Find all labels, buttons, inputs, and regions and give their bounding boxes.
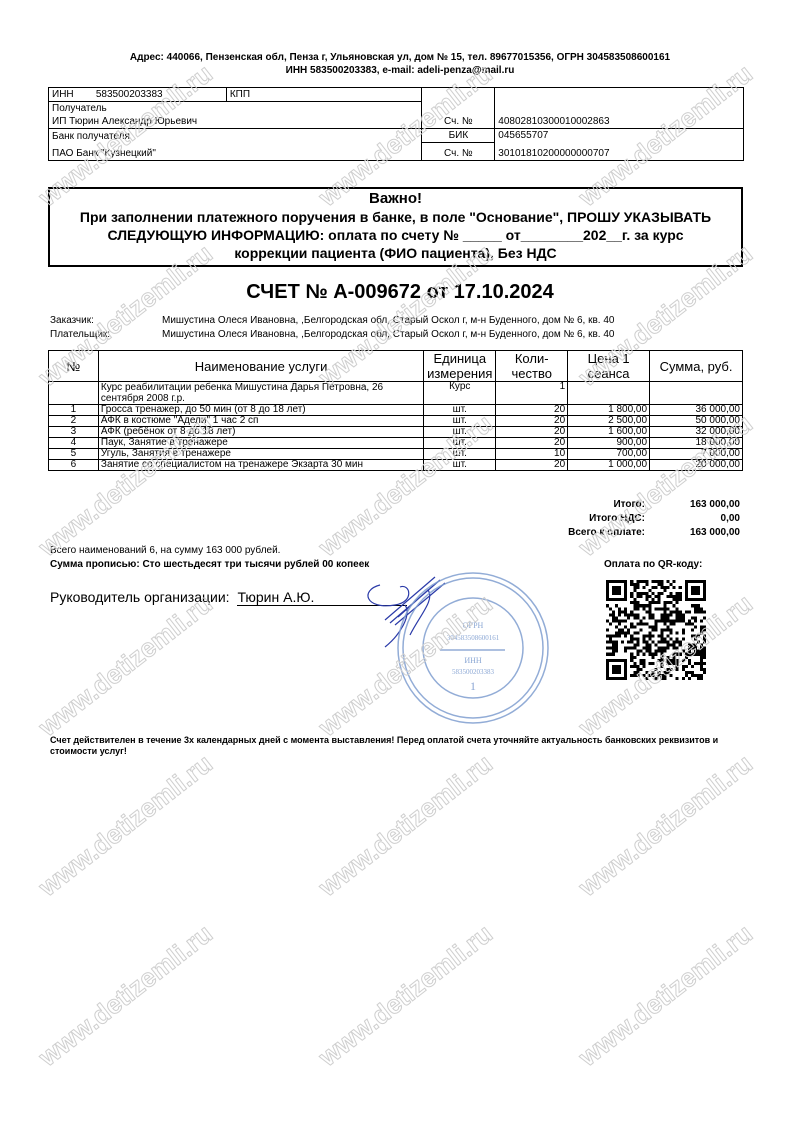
customer-label: Заказчик: [50, 315, 160, 326]
total-label: Итого: [613, 499, 645, 510]
col-name: Наименование услуги [98, 351, 423, 382]
account-label-cell: Сч. № [422, 88, 495, 129]
important-line-1: При заполнении платежного поручения в ба… [50, 208, 741, 226]
bank-details-table: ИНН 583500203383 КПП Сч. № 4080281030001… [48, 87, 744, 161]
cell-price: 700,00 [568, 449, 650, 460]
cell-sum: 50 000,00 [650, 416, 743, 427]
cell-price: 2 500,00 [568, 416, 650, 427]
signature-name: Тюрин А.Ю. [237, 589, 314, 605]
important-title: Важно! [50, 190, 741, 208]
bank-value: ПАО Банк "Кузнецкий" [49, 143, 422, 161]
vat-value: 0,00 [721, 513, 740, 524]
cell-name: Паук, Занятие в тренажере [98, 438, 423, 449]
course-name: Курс реабилитации ребенка Мишустина Дарь… [98, 382, 423, 405]
cell-sum: 18 000,00 [650, 438, 743, 449]
watermark-text: www.detizemli.ru [313, 748, 499, 903]
account-value-cell: 40802810300010002863 [495, 88, 744, 129]
inn-label: ИНН [52, 89, 74, 100]
cell-qty: 20 [496, 405, 568, 416]
watermark-text: www.detizemli.ru [573, 918, 759, 1073]
items-count-summary: Всего наименований 6, на сумму 163 000 р… [50, 545, 280, 556]
cell-qty: 20 [496, 416, 568, 427]
company-inn-email: ИНН 583500203383, e-mail: adeli-penza@ma… [0, 64, 800, 77]
cell-price: 900,00 [568, 438, 650, 449]
bik-label: БИК [422, 129, 495, 143]
stamp-inn-label: ИНН [464, 656, 482, 665]
important-line-3: коррекции пациента (ФИО пациента), Без Н… [50, 244, 741, 262]
total-value: 163 000,00 [690, 499, 740, 510]
cell-unit: шт. [424, 460, 496, 471]
customer-value: Мишустина Олеся Ивановна, ,Белгородская … [162, 315, 615, 326]
table-row: 4Паук, Занятие в тренажерешт.20900,0018 … [49, 438, 743, 449]
watermark-text: www.detizemli.ru [33, 588, 219, 743]
qr-label: Оплата по QR-коду: [604, 559, 702, 570]
cell-unit: шт. [424, 427, 496, 438]
cell-qty: 10 [496, 449, 568, 460]
cell-num: 4 [49, 438, 99, 449]
stamp-inn-value: 583500203383 [452, 668, 495, 676]
watermark-text: www.detizemli.ru [573, 748, 759, 903]
cell-sum: 32 000,00 [650, 427, 743, 438]
cell-num: 5 [49, 449, 99, 460]
cell-name: Угуль, Занятия в тренажере [98, 449, 423, 460]
cell-sum: 20 000,00 [650, 460, 743, 471]
important-line-2: СЛЕДУЮЩУЮ ИНФОРМАЦИЮ: оплата по счету № … [50, 226, 741, 244]
cell-num: 1 [49, 405, 99, 416]
cell-name: АФК (ребёнок от 8 до 18 лет) [98, 427, 423, 438]
company-stamp: ОГРН 304583508600161 ИНН 583500203383 1 [385, 568, 560, 728]
cell-price: 1 000,00 [568, 460, 650, 471]
due-value: 163 000,00 [690, 527, 740, 538]
cell-num: 2 [49, 416, 99, 427]
amount-in-words: Сумма прописью: Сто шестьдесят три тысяч… [50, 559, 369, 570]
cell-qty: 20 [496, 460, 568, 471]
watermark-text: www.detizemli.ru [33, 748, 219, 903]
stamp-ogrn-label: ОГРН [463, 621, 484, 630]
table-row: 6Занятие со специалистом на тренажере Эк… [49, 460, 743, 471]
col-price: Цена 1 сеанса [568, 351, 650, 382]
payer-value: Мишустина Олеся Ивановна, ,Белгородская … [162, 329, 615, 340]
cell-unit: шт. [424, 449, 496, 460]
due-label: Всего к оплате: [568, 527, 645, 538]
cell-unit: шт. [424, 416, 496, 427]
inn-value: 583500203383 [96, 89, 163, 100]
watermark-text: www.detizemli.ru [33, 918, 219, 1073]
table-row: 2АФК в костюме "Адели" 1 час 2 спшт.202 … [49, 416, 743, 427]
totals-block: Итого:163 000,00 Итого НДС:0,00 Всего к … [520, 499, 740, 541]
cell-name: Занятие со специалистом на тренажере Экз… [98, 460, 423, 471]
stamp-number: 1 [470, 679, 476, 693]
cell-sum: 36 000,00 [650, 405, 743, 416]
table-header-row: № Наименование услуги Единица измерения … [49, 351, 743, 382]
course-qty: 1 [496, 382, 568, 405]
col-unit: Единица измерения [424, 351, 496, 382]
payer-label: Плательщик: [50, 329, 160, 340]
vat-label: Итого НДС: [589, 513, 645, 524]
cell-sum: 7 000,00 [650, 449, 743, 460]
cell-price: 1 600,00 [568, 427, 650, 438]
cell-num: 6 [49, 460, 99, 471]
items-table: № Наименование услуги Единица измерения … [48, 350, 743, 471]
col-sum: Сумма, руб. [650, 351, 743, 382]
payer-row: Плательщик: Мишустина Олеся Ивановна, ,Б… [50, 329, 750, 342]
cell-num: 3 [49, 427, 99, 438]
signature-label: Руководитель организации: [50, 589, 230, 605]
cell-name: АФК в костюме "Адели" 1 час 2 сп [98, 416, 423, 427]
recipient-value: ИП Тюрин Александр Юрьевич [49, 115, 422, 129]
cell-qty: 20 [496, 438, 568, 449]
cell-unit: шт. [424, 438, 496, 449]
course-unit: Курс [424, 382, 496, 405]
col-number: № [49, 351, 99, 382]
table-row: 3АФК (ребёнок от 8 до 18 лет)шт.201 600,… [49, 427, 743, 438]
corr-value: 30101810200000000707 [495, 143, 744, 161]
course-price [568, 382, 650, 405]
account-label: Сч. № [444, 116, 473, 127]
cell-unit: шт. [424, 405, 496, 416]
cell-name: Гросса тренажер, до 50 мин (от 8 до 18 л… [98, 405, 423, 416]
customer-row: Заказчик: Мишустина Олеся Ивановна, ,Бел… [50, 315, 750, 328]
col-qty: Коли-чество [496, 351, 568, 382]
table-row: 5Угуль, Занятия в тренажерешт.10700,007 … [49, 449, 743, 460]
recipient-label: Получатель [49, 102, 422, 116]
stamp-ogrn-value: 304583508600161 [447, 634, 500, 642]
table-row: 1Гросса тренажер, до 50 мин (от 8 до 18 … [49, 405, 743, 416]
account-value: 40802810300010002863 [498, 116, 609, 127]
watermark-text: www.detizemli.ru [313, 918, 499, 1073]
company-address: Адрес: 440066, Пензенская обл, Пенза г, … [0, 51, 800, 64]
kpp-cell: КПП [226, 88, 422, 102]
payment-qr-code [606, 580, 706, 680]
invoice-title: СЧЕТ № А-009672 от 17.10.2024 [0, 281, 800, 304]
bank-label: Банк получателя [49, 129, 422, 143]
cell-qty: 20 [496, 427, 568, 438]
corr-label: Сч. № [422, 143, 495, 161]
inn-cell: ИНН 583500203383 [49, 88, 227, 102]
course-sum [650, 382, 743, 405]
kpp-label: КПП [230, 89, 250, 100]
course-num [49, 382, 99, 405]
cell-price: 1 800,00 [568, 405, 650, 416]
important-notice: Важно! При заполнении платежного поручен… [48, 187, 743, 267]
course-row: Курс реабилитации ребенка Мишустина Дарь… [49, 382, 743, 405]
validity-note: Счет действителен в течение 3х календарн… [50, 735, 750, 757]
bik-value: 045655707 [495, 129, 744, 143]
